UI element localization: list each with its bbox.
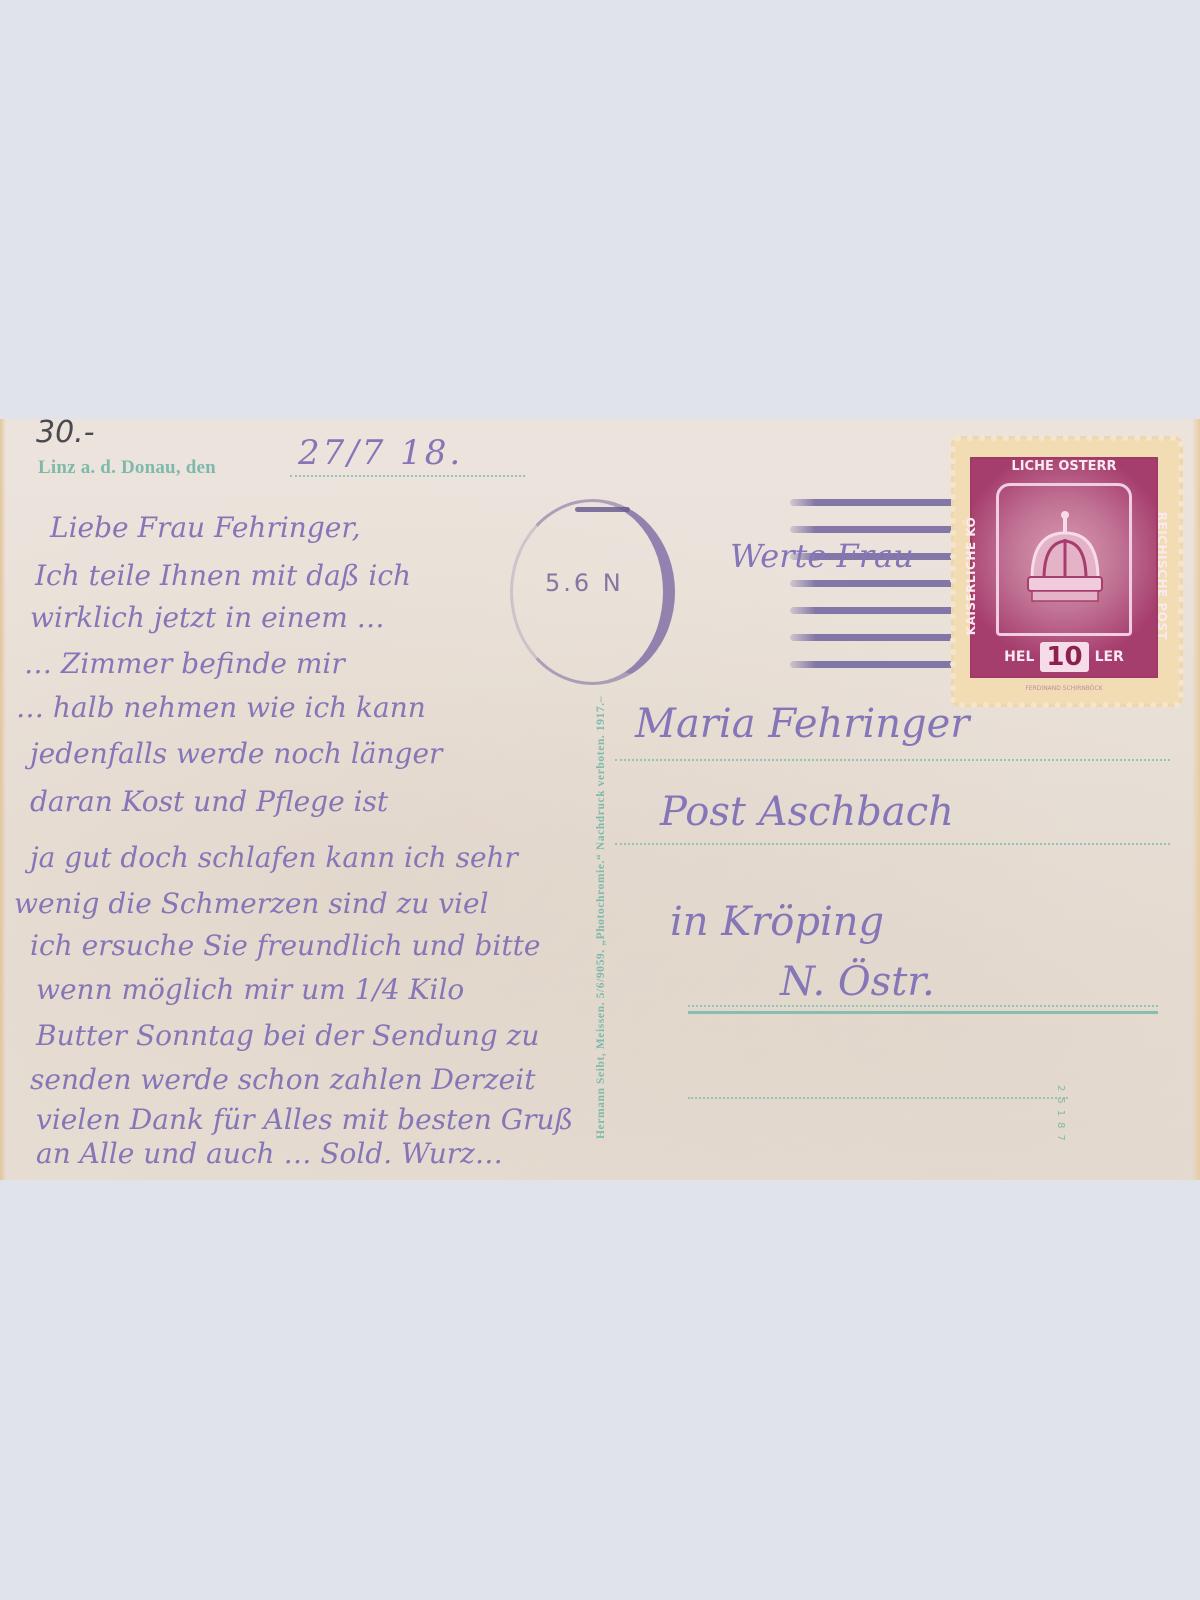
address-post: Post Aschbach (660, 789, 954, 835)
stamp-top-text: LICHE OSTERR (972, 459, 1156, 474)
message-line: senden werde schon zahlen Derzeit (30, 1063, 535, 1096)
pencil-price-note: 30.- (36, 419, 95, 450)
message-line: Ich teile Ihnen mit daß ich (35, 559, 411, 592)
message-line: wenig die Schmerzen sind zu viel (14, 887, 489, 920)
message-line: … halb nehmen wie ich kann (16, 691, 426, 724)
stamp-denomination: 10 (1040, 642, 1088, 672)
postmark-text: 5.6 N (545, 569, 624, 597)
message-line: daran Kost und Pflege ist (30, 785, 388, 818)
message-line: jedenfalls werde noch länger (30, 737, 442, 770)
stamp-currency-right: LER (1095, 649, 1124, 665)
message-line: Butter Sonntag bei der Sendung zu (36, 1019, 539, 1052)
address-locality: in Kröping (670, 899, 884, 945)
postcard: 30.- Linz a. d. Donau, den 27/7 18. Lieb… (0, 419, 1200, 1180)
address-line-4 (688, 1097, 1068, 1099)
stamp-right-text: REICHISCHE POST (1155, 512, 1169, 640)
address-region: N. Östr. (780, 959, 935, 1005)
message-line: Liebe Frau Fehringer, (50, 511, 361, 544)
address-line-1 (615, 759, 1170, 761)
date-dotted-line (290, 475, 525, 477)
message-line: an Alle und auch … Sold. Wurz… (36, 1137, 503, 1170)
address-line-2 (615, 843, 1170, 845)
crown-icon (1022, 509, 1108, 609)
postmark-bar (575, 507, 630, 512)
printed-place-line: Linz a. d. Donau, den (38, 457, 216, 479)
stamp-design: LICHE OSTERR KAISERLICHE KÖ REICHISCHE P… (970, 457, 1158, 678)
address-line-3-solid (688, 1011, 1158, 1014)
message-line: wirklich jetzt in einem … (30, 601, 385, 634)
postage-stamp: LICHE OSTERR KAISERLICHE KÖ REICHISCHE P… (954, 439, 1180, 704)
serial-number: 25187 (1055, 1085, 1066, 1147)
address-salutation: Werte Frau (730, 537, 914, 575)
message-line: vielen Dank für Alles mit besten Gruß (36, 1103, 573, 1136)
address-name: Maria Fehringer (635, 701, 969, 747)
message-line: … Zimmer befinde mir (24, 647, 345, 680)
stamp-currency-left: HEL (1004, 649, 1034, 665)
address-line-3-dotted (688, 1005, 1158, 1007)
message-line: ja gut doch schlafen kann ich sehr (30, 841, 518, 874)
stamp-denomination-row: HEL 10 LER (972, 642, 1156, 672)
stamp-left-text: KAISERLICHE KÖ (964, 517, 978, 635)
message-line: ich ersuche Sie freundlich und bitte (30, 929, 540, 962)
handwritten-date: 27/7 18. (298, 433, 463, 473)
message-line: wenn möglich mir um 1/4 Kilo (36, 973, 464, 1006)
stamp-engraver: FERDINAND SCHIRNBÖCK (972, 685, 1156, 692)
